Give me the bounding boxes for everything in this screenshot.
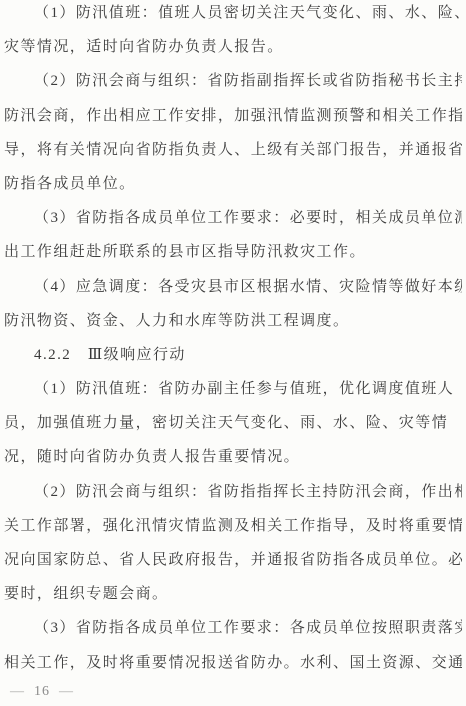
text-line: 员，加强值班力量，密切关注天气变化、雨、水、险、灾等情 bbox=[4, 406, 462, 440]
text-line: 相关工作，及时将重要情况报送省防办。水利、国土资源、交通 bbox=[4, 646, 462, 680]
text-line: 要时，组织专题会商。 bbox=[4, 577, 462, 611]
text-line: 关工作部署，强化汛情灾情监测及相关工作指导，及时将重要情 bbox=[4, 509, 462, 543]
text-line: 况向国家防总、省人民政府报告，并通报省防指各成员单位。必 bbox=[4, 543, 462, 577]
text-line: （1）防汛值班：值班人员密切关注天气变化、雨、水、险、 bbox=[4, 0, 462, 30]
text-line: （4）应急调度：各受灾县市区根据水情、灾险情等做好本级 bbox=[4, 270, 462, 304]
text-line: 灾等情况，适时向省防办负责人报告。 bbox=[4, 30, 462, 64]
text-line: 防指各成员单位。 bbox=[4, 167, 462, 201]
text-line: （1）防汛值班：省防办副主任参与值班，优化调度值班人 bbox=[4, 372, 462, 406]
document-body: （1）防汛值班：值班人员密切关注天气变化、雨、水、险、灾等情况，适时向省防办负责… bbox=[4, 0, 462, 680]
text-line: （3）省防指各成员单位工作要求：各成员单位按照职责落实 bbox=[4, 611, 462, 645]
text-line: 出工作组赶赴所联系的县市区指导防汛救灾工作。 bbox=[4, 235, 462, 269]
text-line: （2）防汛会商与组织：省防指副指挥长或省防指秘书长主持 bbox=[4, 64, 462, 98]
text-line: （2）防汛会商与组织：省防指指挥长主持防汛会商，作出相 bbox=[4, 475, 462, 509]
text-line: （3）省防指各成员单位工作要求：必要时，相关成员单位派 bbox=[4, 201, 462, 235]
page-number-value: 16 bbox=[34, 684, 50, 699]
document-page: （1）防汛值班：值班人员密切关注天气变化、雨、水、险、灾等情况，适时向省防办负责… bbox=[0, 0, 466, 706]
page-number-right-dash: — bbox=[59, 684, 74, 699]
section-heading: 4.2.2 Ⅲ级响应行动 bbox=[4, 338, 462, 372]
text-line: 防汛会商，作出相应工作安排，加强汛情监测预警和相关工作指 bbox=[4, 99, 462, 133]
page-number-left-dash: — bbox=[10, 684, 25, 699]
text-line: 导，将有关情况向省防指负责人、上级有关部门报告，并通报省 bbox=[4, 133, 462, 167]
page-number: —16— bbox=[10, 684, 74, 700]
text-line: 况，随时向省防办负责人报告重要情况。 bbox=[4, 440, 462, 474]
text-line: 防汛物资、资金、人力和水库等防洪工程调度。 bbox=[4, 304, 462, 338]
